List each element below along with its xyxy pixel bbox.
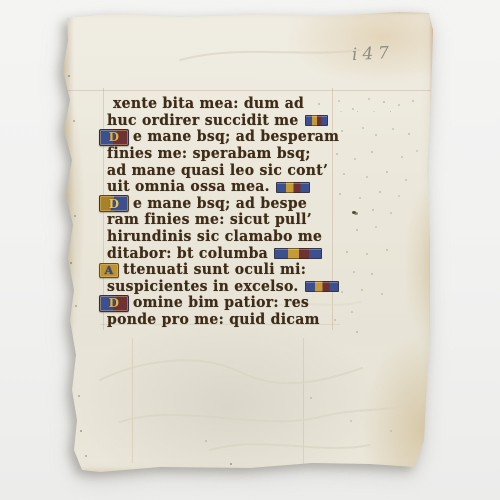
manuscript-line: Domine bim patior: res <box>99 295 399 312</box>
ruling-line-horizontal-top <box>64 90 431 91</box>
manuscript-line: hirundinis sic clamabo me <box>99 229 399 246</box>
vellum-crease <box>303 338 304 466</box>
manuscript-text: ditabor: bt columba <box>107 245 268 262</box>
manuscript-text: xente bita mea: dum ad <box>113 96 304 113</box>
manuscript-text: ram finies me: sicut pull’ <box>107 212 312 229</box>
manuscript-line: De mane bsq; ad besperam <box>99 129 399 146</box>
manuscript-text: ttenuati sunt oculi mi: <box>123 262 306 279</box>
manuscript-text: ponde pro me: quid dicam <box>107 312 320 329</box>
manuscript-text: hirundinis sic clamabo me <box>107 229 322 246</box>
illuminated-initial: D <box>99 195 129 212</box>
manuscript-line: De mane bsq; ad bespe <box>99 196 399 213</box>
folio-number: i47 <box>352 43 395 65</box>
vellum-crease <box>132 338 133 463</box>
manuscript-line: suspicientes in excelso. <box>99 279 399 296</box>
manuscript-text: uit omnia ossa mea. <box>107 179 270 196</box>
photo-background: i47 . . . . xente bita mea: dum adhuc or… <box>0 0 500 500</box>
manuscript-text: e mane bsq; ad bespe <box>133 196 307 213</box>
foxing-speckles <box>60 8 62 10</box>
leaf-shadow-wrap: i47 . . . . xente bita mea: dum adhuc or… <box>0 0 500 500</box>
manuscript-line: huc ordirer succidit me <box>99 113 399 130</box>
manuscript-line: ditabor: bt columba <box>99 245 399 262</box>
illuminated-initial: A <box>99 263 119 278</box>
line-filler-ornament <box>305 115 328 126</box>
manuscript-line: finies me: sperabam bsq; <box>99 146 399 163</box>
manuscript-text: e mane bsq; ad besperam <box>133 129 339 146</box>
manuscript-text: suspicientes in excelso. <box>107 279 299 296</box>
manuscript-line: ponde pro me: quid dicam <box>99 312 399 329</box>
text-block: xente bita mea: dum adhuc ordirer succid… <box>99 96 399 328</box>
line-filler-ornament <box>305 281 339 292</box>
manuscript-line: ad mane quasi leo sic cont’ <box>99 162 399 179</box>
manuscript-text: finies me: sperabam bsq; <box>107 146 311 163</box>
manuscript-line: uit omnia ossa mea. <box>99 179 399 196</box>
illuminated-initial: D <box>99 295 129 312</box>
manuscript-text: omine bim patior: res <box>133 295 309 312</box>
line-filler-ornament <box>276 182 310 193</box>
manuscript-line: Attenuati sunt oculi mi: <box>99 262 399 279</box>
line-filler-ornament <box>274 248 322 259</box>
manuscript-line: xente bita mea: dum ad <box>99 96 399 113</box>
manuscript-leaf: i47 . . . . xente bita mea: dum adhuc or… <box>60 8 435 476</box>
manuscript-line: ram finies me: sicut pull’ <box>99 212 399 229</box>
manuscript-text: huc ordirer succidit me <box>107 113 299 130</box>
illuminated-initial: D <box>99 129 129 146</box>
manuscript-text: ad mane quasi leo sic cont’ <box>107 162 328 179</box>
